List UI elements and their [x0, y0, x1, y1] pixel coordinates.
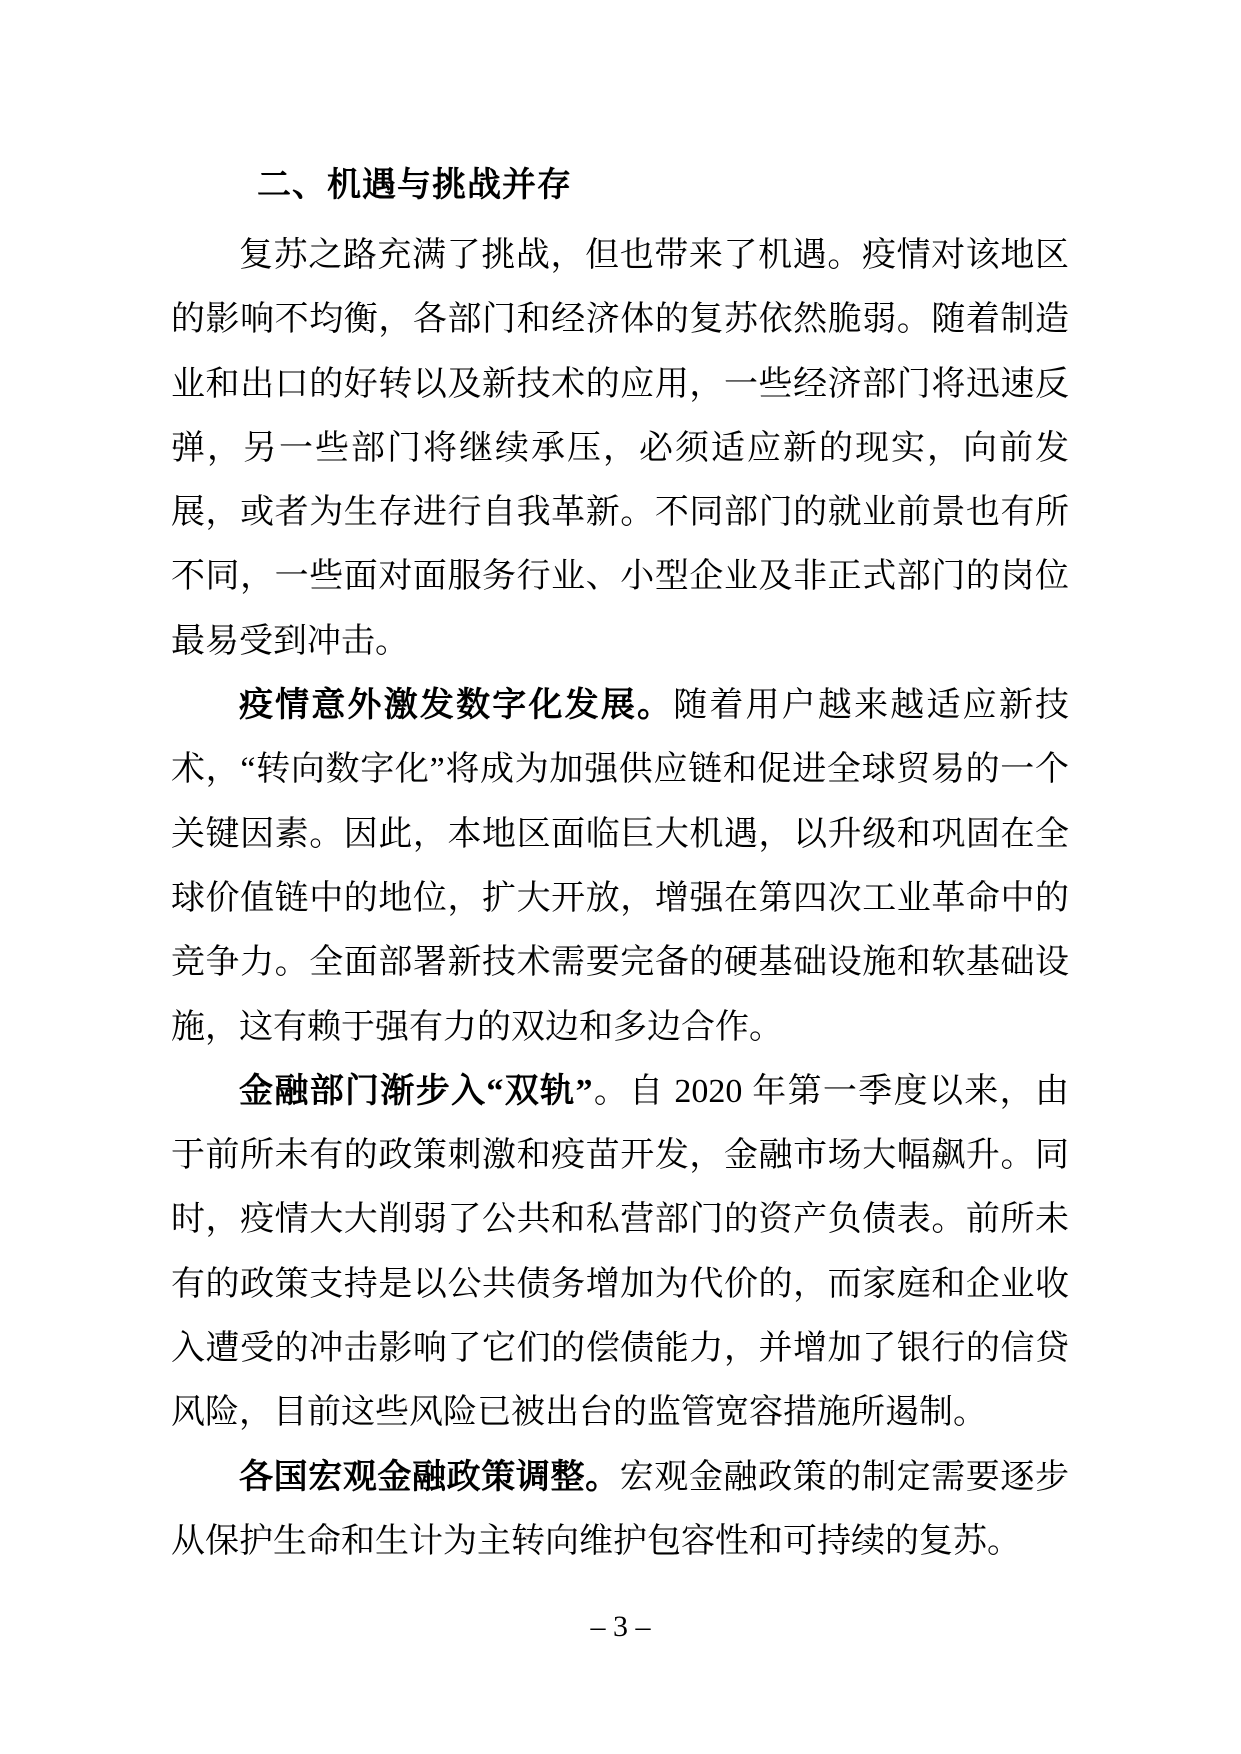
- paragraph-lead: 各国宏观金融政策调整。: [239, 1459, 620, 1496]
- document-page: 二、机遇与挑战并存 复苏之路充满了挑战，但也带来了机遇。疫情对该地区的影响不均衡…: [0, 0, 1241, 1754]
- paragraph-text: 复苏之路充满了挑战，但也带来了机遇。疫情对该地区的影响不均衡，各部门和经济体的复…: [171, 237, 1069, 660]
- paragraph-text: 。自 2020 年第一季度以来，由于前所未有的政策刺激和疫苗开发，金融市场大幅飙…: [171, 1073, 1069, 1431]
- section-heading: 二、机遇与挑战并存: [171, 146, 1069, 224]
- paragraph-recovery-overview: 复苏之路充满了挑战，但也带来了机遇。疫情对该地区的影响不均衡，各部门和经济体的复…: [171, 224, 1069, 674]
- paragraph-lead: 金融部门渐步入“双轨”: [239, 1073, 592, 1110]
- paragraph-digitalization: 疫情意外激发数字化发展。随着用户越来越适应新技术，“转向数字化”将成为加强供应链…: [171, 674, 1069, 1060]
- paragraph-macro-policy: 各国宏观金融政策调整。宏观金融政策的制定需要逐步从保护生命和生计为主转向维护包容…: [171, 1446, 1069, 1575]
- page-number: – 3 –: [591, 1610, 651, 1643]
- paragraph-text: 随着用户越来越适应新技术，“转向数字化”将成为加强供应链和促进全球贸易的一个关键…: [171, 687, 1069, 1045]
- paragraph-lead: 疫情意外激发数字化发展。: [239, 687, 673, 724]
- paragraph-financial-sector: 金融部门渐步入“双轨”。自 2020 年第一季度以来，由于前所未有的政策刺激和疫…: [171, 1060, 1069, 1446]
- page-footer: – 3 –: [0, 1607, 1241, 1647]
- document-content: 二、机遇与挑战并存 复苏之路充满了挑战，但也带来了机遇。疫情对该地区的影响不均衡…: [171, 146, 1069, 1574]
